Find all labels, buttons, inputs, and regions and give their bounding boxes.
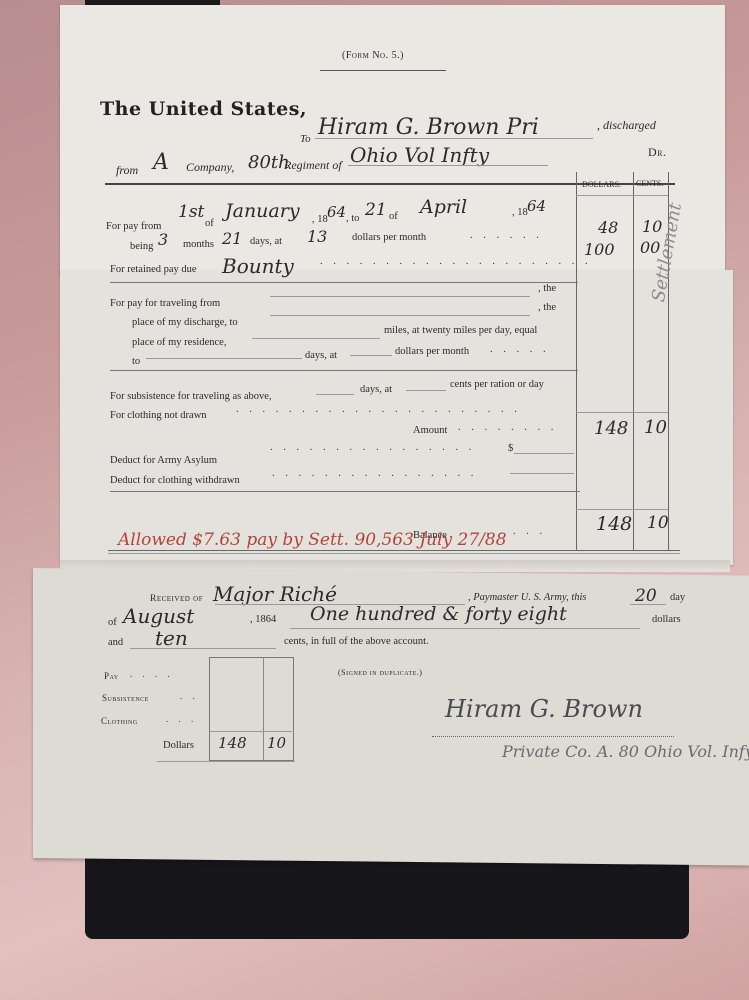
- company-label: Company,: [186, 160, 234, 175]
- fill-line: [315, 138, 593, 139]
- to-label: , to: [346, 213, 359, 224]
- leader-dots: . . .: [166, 714, 197, 724]
- pay-from-day: 1st: [178, 202, 204, 222]
- amount-dollars: 148: [594, 418, 628, 439]
- pay-from-month: January: [225, 200, 300, 222]
- tally-total-dollars: 148: [218, 734, 247, 752]
- months-value: 3: [158, 230, 168, 249]
- amount-cents: 10: [644, 417, 667, 438]
- signature-title: Private Co. A. 80 Ohio Vol. Infy: [502, 742, 749, 761]
- travel-line-1-end: , the: [538, 283, 556, 294]
- days-value: 21: [222, 229, 242, 248]
- year-prefix: , 18: [512, 207, 528, 218]
- leader-dots: . .: [180, 691, 199, 701]
- retained-pay-value: Bounty: [222, 254, 294, 278]
- fill-line: [514, 453, 574, 454]
- fill-line: [146, 358, 302, 359]
- leader-dots: . . . . . . . . . . . . . . . .: [270, 442, 475, 453]
- dr-label: Dr.: [648, 145, 667, 160]
- fill-line: [350, 355, 392, 356]
- fill-line: [406, 390, 446, 391]
- amount-label: Amount: [413, 425, 447, 436]
- fill-line: [316, 394, 354, 395]
- travel-line-2: place of my discharge, to: [132, 317, 238, 328]
- tally-total-rule: [210, 731, 292, 732]
- subsistence-rate-label: cents per ration or day: [450, 379, 544, 390]
- divider: [320, 70, 446, 71]
- fill-line: [252, 338, 380, 339]
- dollar-sign: $: [508, 443, 513, 454]
- leader-dots: . . . . .: [490, 344, 550, 355]
- clothing-withdrawn-label: Deduct for clothing withdrawn: [110, 475, 240, 486]
- bottom-rule: [108, 553, 680, 554]
- to-label: To: [300, 133, 311, 145]
- fill-line: [290, 628, 640, 629]
- cents-in-words: ten: [155, 626, 188, 650]
- signature: Hiram G. Brown: [445, 695, 643, 723]
- dollars-column-header: DOLLARS.: [582, 180, 621, 189]
- dollars-label: dollars: [652, 614, 681, 625]
- balance-rule: [576, 509, 668, 510]
- subsistence-days-label: days, at: [360, 384, 392, 395]
- company-value: A: [153, 150, 169, 175]
- pay-to-month: April: [420, 196, 467, 218]
- discharged-label: , discharged: [597, 118, 656, 133]
- pay-to-year: 64: [527, 197, 546, 215]
- year-prefix: , 18: [312, 214, 328, 225]
- column-header-rule: [576, 195, 668, 196]
- fill-line: [130, 648, 276, 649]
- paymaster-label: , Paymaster U. S. Army, this: [468, 592, 587, 603]
- leader-dots: . . . .: [130, 669, 174, 679]
- leader-dots: . . . . . . . . . . . . . . . . . . . . …: [236, 404, 521, 415]
- travel-line-2-end: , the: [538, 302, 556, 313]
- leader-dots: . . . . . . . .: [458, 422, 557, 433]
- of-label: of: [205, 218, 214, 229]
- being-label: being: [130, 241, 153, 252]
- fill-line: [348, 165, 548, 166]
- payee-name: Hiram G. Brown Pri: [318, 115, 539, 140]
- red-ink-note: Allowed $7.63 pay by Sett. 90,563 July 2…: [118, 530, 507, 550]
- army-asylum-label: Deduct for Army Asylum: [110, 455, 217, 466]
- balance-cents: 10: [647, 513, 669, 533]
- travel-line-1: For pay for traveling from: [110, 298, 220, 309]
- travel-line-3-end: miles, at twenty miles per day, equal: [384, 325, 537, 336]
- regiment-state: Ohio Vol Infty: [350, 143, 489, 167]
- section-rule: [110, 370, 578, 371]
- fill-line: [510, 473, 574, 474]
- cents-column-header: CENTS.: [636, 179, 663, 188]
- fill-line: [630, 604, 666, 605]
- tally-column-divider: [263, 657, 264, 760]
- dollars-row-label: Dollars: [163, 740, 194, 751]
- day-label: day: [670, 592, 685, 603]
- signed-in-duplicate: (Signed in duplicate.): [338, 668, 422, 677]
- column-divider: [633, 172, 634, 550]
- rate-value: 13: [307, 227, 327, 246]
- balance-dollars: 148: [596, 513, 632, 535]
- signature-line: [432, 736, 674, 738]
- pay-row-label: Pay: [104, 671, 119, 681]
- months-label: months: [183, 239, 214, 250]
- leader-dots: . . . . . . . . . . . . . . . .: [272, 468, 477, 479]
- days-label: days, at: [250, 236, 282, 247]
- column-divider: [576, 172, 577, 550]
- clothing-not-drawn-label: For clothing not drawn: [110, 410, 207, 421]
- year-label: , 1864: [250, 614, 276, 625]
- backing-board: [85, 853, 689, 939]
- tally-total-cents: 10: [267, 734, 286, 752]
- received-label: Received of: [150, 594, 203, 604]
- pay-to-day: 21: [365, 200, 387, 220]
- from-label: from: [116, 163, 138, 178]
- travel-line-4: to: [132, 356, 140, 367]
- tally-bottom-rule: [157, 761, 295, 762]
- amount-rule: [576, 412, 668, 413]
- of-label: of: [108, 617, 117, 628]
- bottom-rule: [108, 550, 680, 551]
- subsistence-row-label: Subsistence: [102, 693, 149, 703]
- pay-from-year: 64: [327, 203, 346, 221]
- section-rule: [110, 491, 580, 492]
- retained-pay-label: For retained pay due: [110, 264, 197, 275]
- pay-from-label: For pay from: [106, 221, 161, 232]
- document-header: The United States,: [100, 98, 307, 120]
- cents-label: cents, in full of the above account.: [284, 636, 429, 647]
- clothing-row-label: Clothing: [101, 716, 138, 726]
- travel-days-label: days, at: [305, 350, 337, 361]
- of-label: of: [389, 211, 398, 222]
- retained-dollars: 100: [584, 240, 615, 259]
- receipt-month: August: [123, 604, 194, 628]
- amount-in-words: One hundred & forty eight: [310, 603, 567, 625]
- leader-dots: . . . . . . . . . . . . . . . . . . . . …: [320, 256, 592, 267]
- section-rule: [110, 282, 578, 283]
- pay-dollars: 48: [598, 218, 618, 237]
- regiment-label: Regiment of: [284, 158, 342, 173]
- receipt-day: 20: [635, 586, 657, 606]
- rate-label: dollars per month: [352, 232, 426, 243]
- fill-line: [270, 296, 530, 297]
- travel-line-3: place of my residence,: [132, 337, 226, 348]
- form-number: (Form No. 5.): [342, 50, 404, 61]
- subsistence-label: For subsistence for traveling as above,: [110, 391, 272, 402]
- leader-dots: . . . . . .: [470, 230, 543, 241]
- and-label: and: [108, 637, 123, 648]
- travel-rate-label: dollars per month: [395, 346, 469, 357]
- fill-line: [270, 315, 530, 316]
